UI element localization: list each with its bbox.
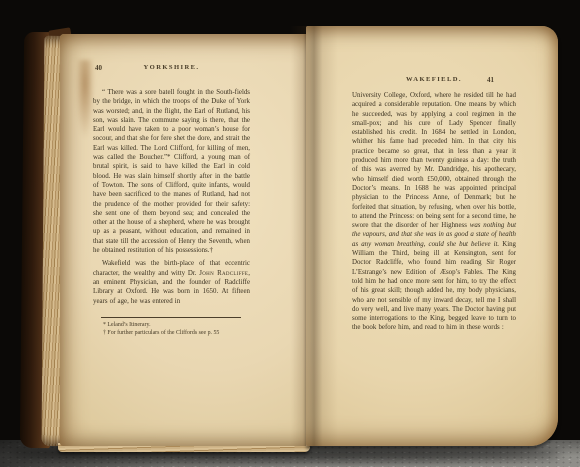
footnotes: * Leland’s Itinerary. † For further part… — [103, 321, 250, 337]
left-page: 40 YORKSHIRE. “ There was a sore batell … — [60, 34, 306, 446]
left-page-body: “ There was a sore batell fought in the … — [93, 88, 250, 306]
left-page-content: 40 YORKSHIRE. “ There was a sore batell … — [93, 64, 250, 337]
footnote-rule — [101, 317, 241, 318]
book-photo: 40 YORKSHIRE. “ There was a sore batell … — [0, 0, 580, 467]
paragraph-segment-post: King William the Third, being ill at Ken… — [352, 241, 516, 332]
page-stain — [76, 60, 94, 138]
right-page-content: WAKEFIELD. 41 University College, Oxford… — [352, 76, 516, 333]
paragraph-segment-pre: University College, Oxford, where he res… — [352, 92, 516, 229]
smallcaps-name: John Radcliffe — [199, 270, 248, 277]
paragraph-radcliffe: Wakefield was the birth-place of that ec… — [93, 259, 250, 305]
page-number-right: 41 — [487, 76, 494, 84]
footnote-cliffords: † For further particulars of the Cliffor… — [103, 329, 250, 337]
right-page: WAKEFIELD. 41 University College, Oxford… — [306, 26, 558, 446]
running-header-row-right: WAKEFIELD. 41 — [352, 76, 516, 85]
open-book: 40 YORKSHIRE. “ There was a sore batell … — [16, 18, 562, 454]
running-header-row-left: 40 YORKSHIRE. — [93, 64, 250, 73]
paragraph-clifford: “ There was a sore batell fought in the … — [93, 88, 250, 255]
paragraph-radcliffe-continued: University College, Oxford, where he res… — [352, 91, 516, 333]
running-header-left: YORKSHIRE. — [93, 64, 250, 71]
right-page-body: University College, Oxford, where he res… — [352, 91, 516, 333]
footnote-leland: * Leland’s Itinerary. — [103, 321, 250, 329]
